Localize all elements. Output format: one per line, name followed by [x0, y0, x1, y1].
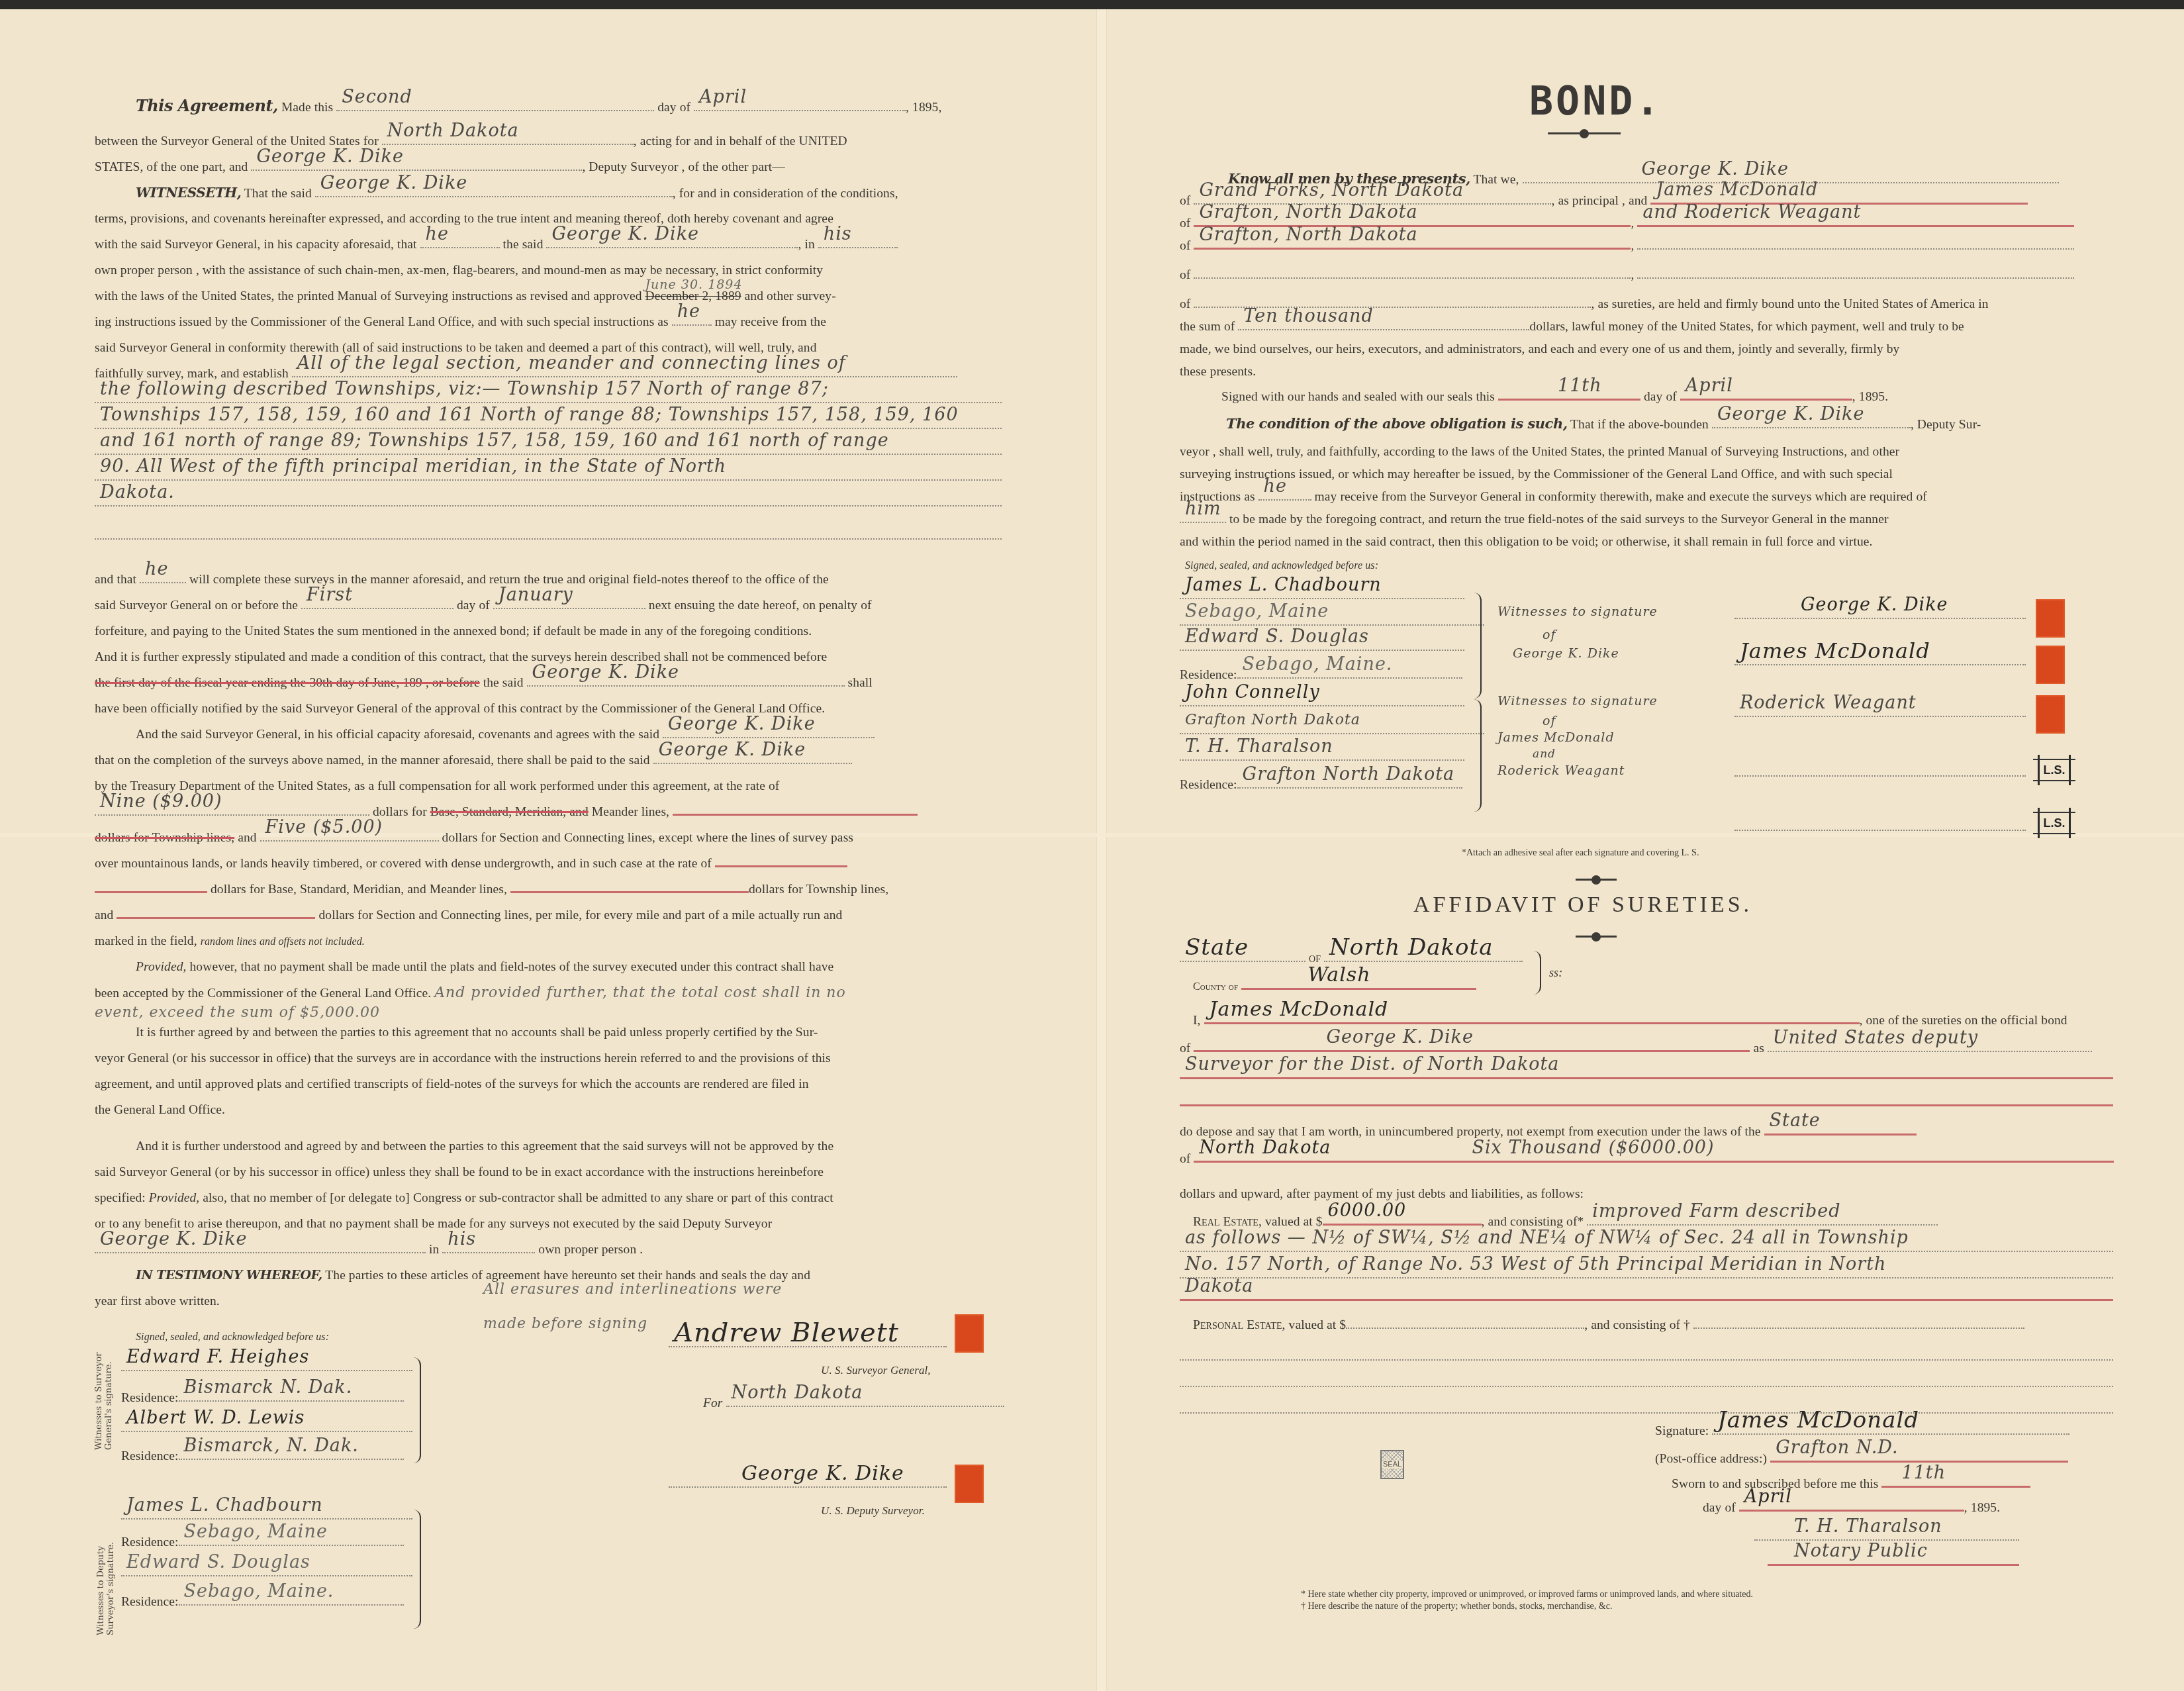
signature-field[interactable]: James McDonald	[1734, 650, 2026, 665]
real-estate-value-field[interactable]: 6000.00	[1323, 1209, 1482, 1226]
pronoun-field[interactable]: him	[1180, 507, 1226, 523]
real-estate-desc-3: Dakota	[1180, 1284, 2113, 1310]
office-line-2: Surveyor for the Dist. of North Dakota	[1180, 1063, 2113, 1088]
witness-name-field[interactable]: James L. Chadbourn	[121, 1504, 412, 1520]
struck-blank	[95, 877, 207, 893]
bounden-name-field[interactable]: George K. Dike	[1712, 412, 1911, 428]
ornament-divider	[1576, 879, 1617, 881]
ornament-divider	[1576, 936, 1617, 938]
approval-line-2: said Surveyor General (or by his success…	[95, 1159, 824, 1185]
pronoun-field[interactable]: he	[420, 232, 500, 248]
agreement-line-2: between the Surveyor General of the Unit…	[95, 128, 847, 154]
brace	[1471, 593, 1482, 699]
agreement-line-1: This Agreement, Made this Second day of …	[136, 93, 941, 121]
jurisdiction-field[interactable]: State	[1764, 1119, 1917, 1135]
possessive-field[interactable]: his	[818, 232, 898, 248]
pronoun-field[interactable]: he	[672, 310, 712, 326]
real-estate-description-line[interactable]: No. 157 North, of Range No. 53 West of 5…	[1180, 1263, 2113, 1279]
adhesive-seal	[2036, 599, 2065, 638]
approval-line-3: specified: Provided, also, that no membe…	[95, 1185, 833, 1211]
description-line[interactable]: the following described Townships, viz:—…	[95, 387, 1002, 403]
surety-residence-field[interactable]: Grafton, North Dakota	[1194, 233, 1631, 250]
erasure-note: All erasures and interlineations were	[483, 1277, 782, 1302]
affiant-name-field[interactable]: James McDonald	[1204, 1008, 1860, 1024]
brace	[410, 1510, 421, 1629]
possessive-field[interactable]: his	[442, 1237, 535, 1253]
personal-estate-line[interactable]	[1180, 1371, 2113, 1387]
section-rate-field[interactable]: Five ($5.00)	[260, 826, 439, 842]
office-line-3	[1180, 1090, 2113, 1116]
rate-line-1: Nine ($9.00) dollars for Base, Standard,…	[95, 799, 918, 825]
witness-name-field[interactable]: James L. Chadbourn	[1180, 583, 1464, 599]
rate-line-6: marked in the field, random lines and of…	[95, 928, 365, 955]
description-line[interactable]: Dakota.	[95, 491, 1002, 507]
accounts-line-2: veyor General (or his successor in offic…	[95, 1045, 831, 1071]
venue-type-field[interactable]: State	[1180, 946, 1306, 962]
description-line[interactable]: and 161 north of range 89; Townships 157…	[95, 439, 1002, 455]
inserted-date: June 30. 1894	[645, 272, 743, 298]
rate-line-4: dollars for Base, Standard, Meridian, an…	[95, 877, 888, 902]
bond-month-field[interactable]: April	[1680, 384, 1852, 401]
name-field[interactable]: George K. Dike	[95, 1237, 426, 1253]
deputy-surveyor-title: U. S. Deputy Surveyor.	[821, 1498, 925, 1523]
bond-title: BOND.	[1529, 78, 1662, 124]
witness-residence-field[interactable]: Grafton North Dakota	[1237, 773, 1462, 789]
name-field[interactable]: George K. Dike	[546, 232, 798, 248]
deputy-signature-line: George K. Dike	[669, 1471, 947, 1497]
county-field[interactable]: Walsh	[1241, 973, 1476, 990]
notary-seal-placeholder: SEAL	[1380, 1450, 1404, 1479]
personal-estate-line: Personal Estate, valued at $, and consis…	[1193, 1312, 2024, 1338]
worth-field[interactable]: North Dakota Six Thousand ($6000.00)	[1194, 1146, 2114, 1163]
post-office-line: (Post-office address:) Grafton N.D.	[1655, 1446, 2068, 1472]
agreement-line-9: ing instructions issued by the Commissio…	[95, 309, 826, 335]
accounts-line-4: the General Land Office.	[95, 1097, 225, 1123]
bond-day-field[interactable]: 11th	[1498, 384, 1640, 401]
ls-seal-box: L.S.	[2038, 808, 2071, 838]
bond-line-4: of Grafton, North Dakota,	[1180, 233, 2074, 259]
witness-residence-field[interactable]: Bismarck N. Dak.	[179, 1386, 404, 1402]
surveyor-general-signature[interactable]: Andrew Blewett	[669, 1331, 947, 1347]
witness-ds-label: Witnesses to DeputySurveyor's signature.	[96, 1542, 116, 1635]
struck-blank	[510, 877, 749, 893]
notary-title-line: Notary Public	[1768, 1549, 2019, 1575]
scan-top-edge	[0, 0, 2184, 9]
witnesseth-name-field[interactable]: George K. Dike	[315, 181, 673, 197]
witness-residence-field[interactable]: Sebago, Maine.	[179, 1590, 404, 1606]
agreement-line-8: with the laws of the United States, the …	[95, 283, 836, 309]
description-line[interactable]	[95, 524, 1002, 540]
completion-month-field[interactable]: January	[493, 593, 645, 609]
payment-line-2: that on the completion of the surveys ab…	[95, 748, 852, 773]
agreement-heading: This Agreement,	[136, 96, 278, 115]
accounts-line-3: agreement, and until approved plats and …	[95, 1071, 809, 1097]
description-line[interactable]: 90. All West of the fifth principal meri…	[95, 465, 1002, 481]
office-field[interactable]	[1180, 1090, 2113, 1106]
real-estate-description-line[interactable]: as follows — N½ of SW¼, S½ and NE¼ of NW…	[1180, 1236, 2113, 1252]
adhesive-seal	[955, 1314, 984, 1353]
surety-name-field[interactable]	[1637, 234, 2074, 250]
witness-name-field[interactable]: Edward S. Douglas	[121, 1561, 412, 1576]
signature-field[interactable]	[1734, 761, 2026, 777]
sworn-month-field[interactable]: April	[1739, 1495, 1964, 1512]
witness-name-field[interactable]: Edward F. Heighes	[121, 1355, 412, 1371]
sworn-day-field[interactable]: 11th	[1881, 1471, 2030, 1488]
pronoun-field[interactable]: he	[140, 567, 186, 583]
accounts-line-1: It is further agreed by and between the …	[136, 1020, 818, 1045]
approval-line-1: And it is further understood and agreed …	[136, 1134, 833, 1159]
struck-blank	[117, 902, 315, 919]
surety-residence-field[interactable]	[1194, 263, 1631, 279]
real-estate-description-line[interactable]: Dakota	[1180, 1284, 2113, 1301]
for-state-field[interactable]: North Dakota	[726, 1391, 1004, 1407]
adhesive-seal	[2036, 695, 2065, 734]
brace	[1531, 951, 1541, 994]
bond-amount-field[interactable]: Ten thousand	[1238, 314, 1529, 330]
ornament-divider	[1548, 132, 1621, 134]
signature-field[interactable]	[1734, 815, 2026, 831]
condition-line-6: and within the period named in the said …	[1180, 529, 1873, 555]
real-estate-description-field[interactable]: improved Farm described	[1587, 1210, 1938, 1226]
affidavit-title: AFFIDAVIT OF SURETIES.	[1413, 893, 1752, 918]
bonded-name-field[interactable]: George K. Dike	[1194, 1036, 1750, 1052]
approval-line-5: George K. Dike in his own proper person …	[95, 1237, 643, 1263]
completion-line-5: the first day of the fiscal year ending …	[95, 670, 873, 696]
name-field[interactable]: George K. Dike	[653, 748, 852, 764]
agreement-line-5: terms, provisions, and covenants hereina…	[95, 206, 833, 232]
venue-county-line: County of Walsh	[1193, 973, 1476, 1000]
witness-name-field[interactable]: T. H. Tharalson	[1180, 745, 1464, 761]
footnote-personal-estate: † Here describe the nature of the proper…	[1301, 1601, 1612, 1613]
name-field[interactable]: George K. Dike	[663, 722, 875, 738]
pronoun-field[interactable]: he	[1258, 485, 1311, 501]
worth-line-2: of North Dakota Six Thousand ($6000.00)	[1180, 1146, 2114, 1172]
sworn-line: Sworn to and subscribed before me this 1…	[1672, 1471, 2030, 1497]
brace	[410, 1357, 421, 1463]
office-field[interactable]: United States deputy	[1768, 1036, 2092, 1052]
erasure-note: made before signing	[483, 1311, 647, 1337]
completion-day-field[interactable]: First	[301, 593, 453, 609]
witness-residence-field[interactable]: Grafton North Dakota	[1180, 718, 1484, 734]
survey-description-field[interactable]: All of the legal section, meander and co…	[292, 362, 957, 377]
completion-line-4: And it is further expressly stipulated a…	[95, 644, 827, 670]
condition-line-1: The condition of the above obligation is…	[1226, 411, 1981, 438]
completion-line-3: forfeiture, and paying to the United Sta…	[95, 618, 812, 644]
ss-label: ss:	[1549, 960, 1562, 986]
center-fold	[1096, 9, 1107, 1691]
deputy-surveyor-signature[interactable]: George K. Dike	[669, 1472, 947, 1488]
signature-field[interactable]: Roderick Weagant	[1734, 701, 2026, 717]
description-line[interactable]: Townships 157, 158, 159, 160 and 161 Nor…	[95, 413, 1002, 429]
struck-clause: the first day of the fiscal year ending …	[95, 676, 480, 690]
adhesive-seal	[955, 1465, 984, 1503]
bond-line-9: these presents.	[1180, 359, 1256, 385]
surety-name-field[interactable]: and Roderick Weagant	[1637, 211, 2074, 227]
rate-line-5: and dollars for Section and Connecting l…	[95, 902, 842, 928]
rate-line-2: dollars for Township lines, and Five ($5…	[95, 825, 853, 851]
brace	[1471, 699, 1482, 812]
state-field[interactable]: North Dakota	[382, 129, 634, 145]
footnote-real-estate: * Here state whether city property, impr…	[1301, 1589, 1753, 1601]
notary-title[interactable]: Notary Public	[1768, 1549, 2019, 1566]
office-field[interactable]: Surveyor for the Dist. of North Dakota	[1180, 1063, 2113, 1079]
name-field[interactable]: George K. Dike	[527, 671, 845, 687]
witness-name-field[interactable]: John Connelly	[1180, 691, 1464, 706]
witness-residence-field[interactable]: Sebago, Maine.	[1237, 663, 1462, 679]
ls-seal-box: L.S.	[2038, 755, 2071, 785]
testimony-line-2: year first above written.	[95, 1288, 220, 1314]
meander-rate-field[interactable]: Nine ($9.00)	[95, 800, 369, 816]
agreement-month-field[interactable]: April	[694, 95, 906, 111]
deputy-name-field[interactable]: George K. Dike	[251, 155, 582, 171]
surety-name-field[interactable]	[1637, 263, 2074, 279]
affiant-signature[interactable]: James McDonald	[1712, 1419, 2069, 1435]
personal-estate-line[interactable]	[1180, 1345, 2113, 1361]
bond-line-8: made, we bind ourselves, our heirs, exec…	[1180, 336, 1899, 362]
venue-state-field[interactable]: North Dakota	[1324, 946, 1523, 962]
rate-line-3: over mountainous lands, or lands heavily…	[95, 851, 847, 877]
completion-line-2: said Surveyor General on or before the F…	[95, 593, 872, 618]
for-state-line: For North Dakota	[703, 1390, 1004, 1416]
agreement-line-6: with the said Surveyor General, in his c…	[95, 232, 898, 258]
agreement-line-4: WITNESSETH, That the said George K. Dike…	[136, 180, 898, 207]
agreement-day-field[interactable]: Second	[336, 95, 654, 111]
struck-blank	[715, 851, 847, 867]
personal-estate-value-field[interactable]	[1346, 1313, 1584, 1329]
witness-residence-field[interactable]: Sebago, Maine	[179, 1530, 404, 1546]
witness-name-field[interactable]: Albert W. D. Lewis	[121, 1416, 412, 1432]
signature-field[interactable]: George K. Dike	[1734, 603, 2026, 619]
surveyor-general-signature-line: Andrew Blewett	[669, 1331, 947, 1357]
struck-blank	[673, 799, 918, 816]
adhesive-seal	[2036, 646, 2065, 684]
bond-line-5: of ,	[1180, 262, 2074, 288]
bond-footnote: *Attach an adhesive seal after each sign…	[1462, 847, 1699, 859]
proviso-line-1: Provided, however, that no payment shall…	[136, 954, 833, 980]
personal-estate-line[interactable]	[1180, 1398, 2113, 1414]
completion-line-1: and that he will complete these surveys …	[95, 567, 829, 593]
witness-name-field[interactable]: Edward S. Douglas	[1180, 635, 1464, 651]
witness-sg-label: Witnesses to SurveyorGeneral's signature…	[94, 1352, 114, 1450]
personal-estate-description-field[interactable]	[1693, 1313, 2024, 1329]
witness-residence-field[interactable]: Bismarck, N. Dak.	[179, 1444, 404, 1460]
